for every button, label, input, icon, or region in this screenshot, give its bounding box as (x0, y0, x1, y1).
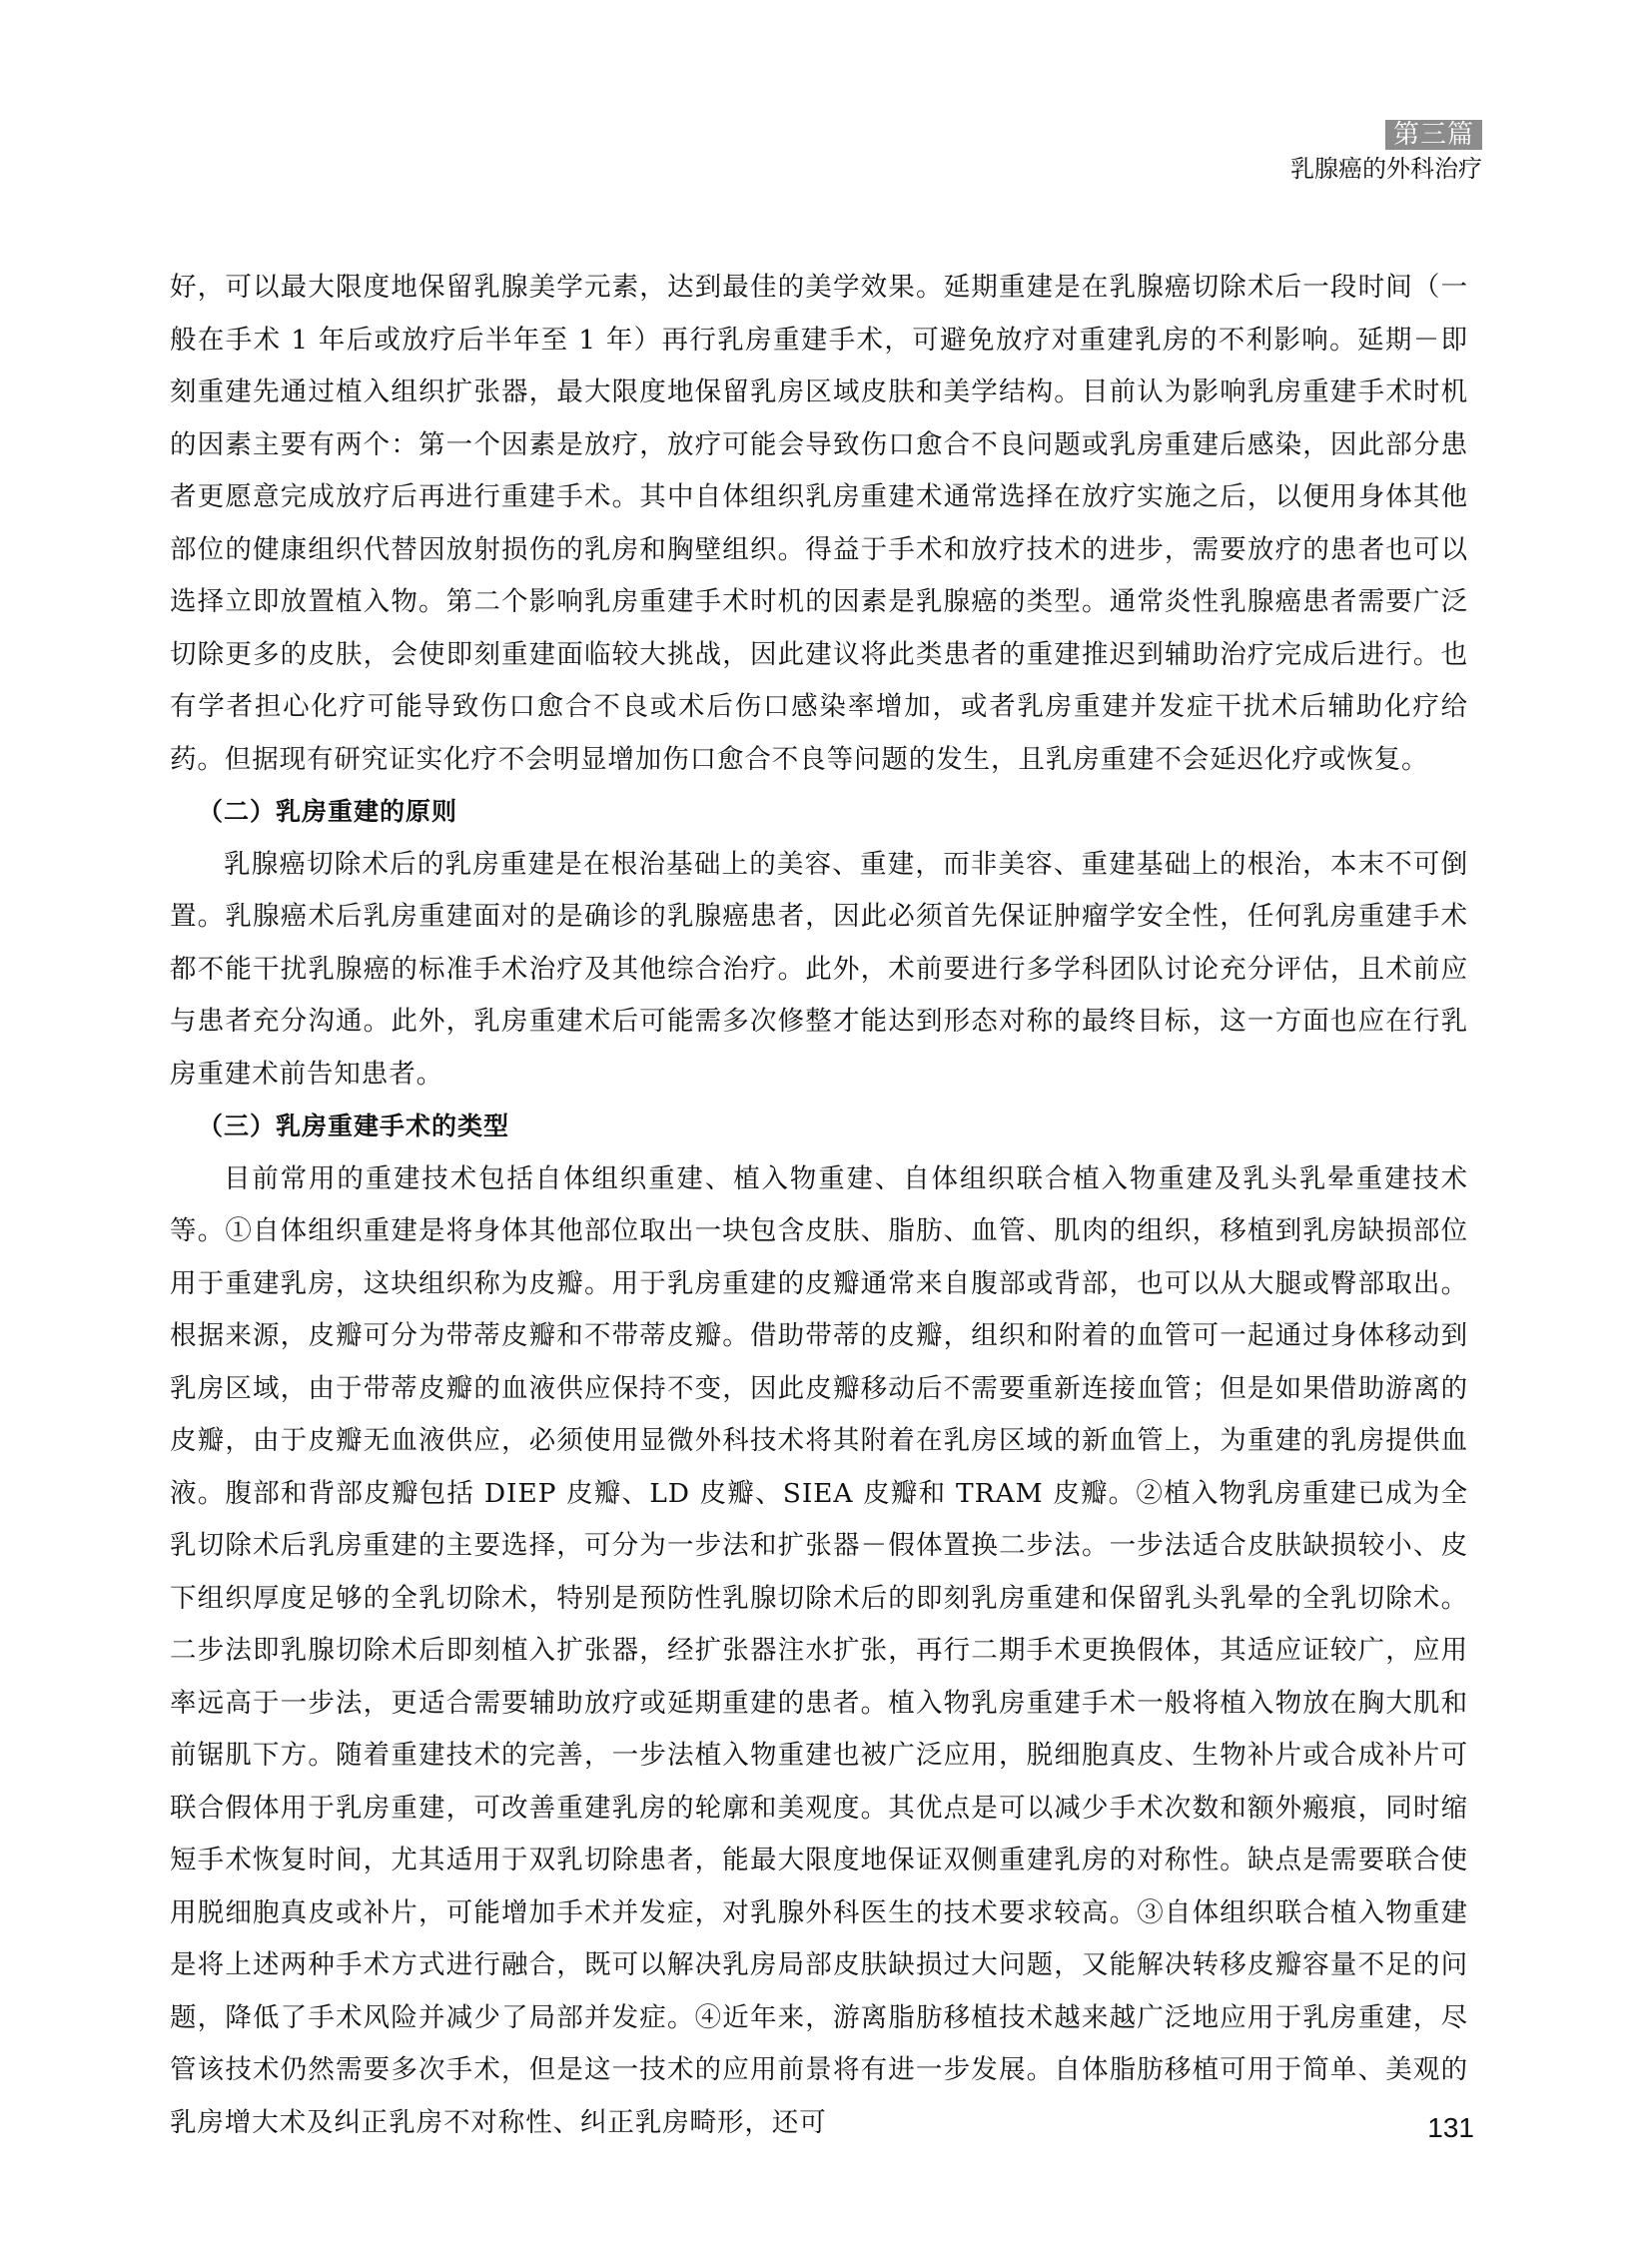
paragraph-continuation: 好，可以最大限度地保留乳腺美学元素，达到最佳的美学效果。延期重建是在乳腺癌切除术… (170, 262, 1468, 786)
page-number: 131 (1427, 2112, 1474, 2144)
chapter-title: 乳腺癌的外科治疗 (1290, 154, 1482, 184)
page-body: 好，可以最大限度地保留乳腺美学元素，达到最佳的美学效果。延期重建是在乳腺癌切除术… (170, 262, 1468, 2149)
paragraph-types: 目前常用的重建技术包括自体组织重建、植入物重建、自体组织联合植入物重建及乳头乳晕… (170, 1153, 1468, 2150)
section-heading-types: （三）乳房重建手术的类型 (170, 1101, 1468, 1153)
running-header: 第三篇 乳腺癌的外科治疗 (1290, 120, 1482, 184)
paragraph-principles: 乳腺癌切除术后的乳房重建是在根治基础上的美容、重建，而非美容、重建基础上的根治，… (170, 839, 1468, 1102)
section-heading-principles: （二）乳房重建的原则 (170, 786, 1468, 839)
part-label: 第三篇 (1385, 120, 1482, 150)
